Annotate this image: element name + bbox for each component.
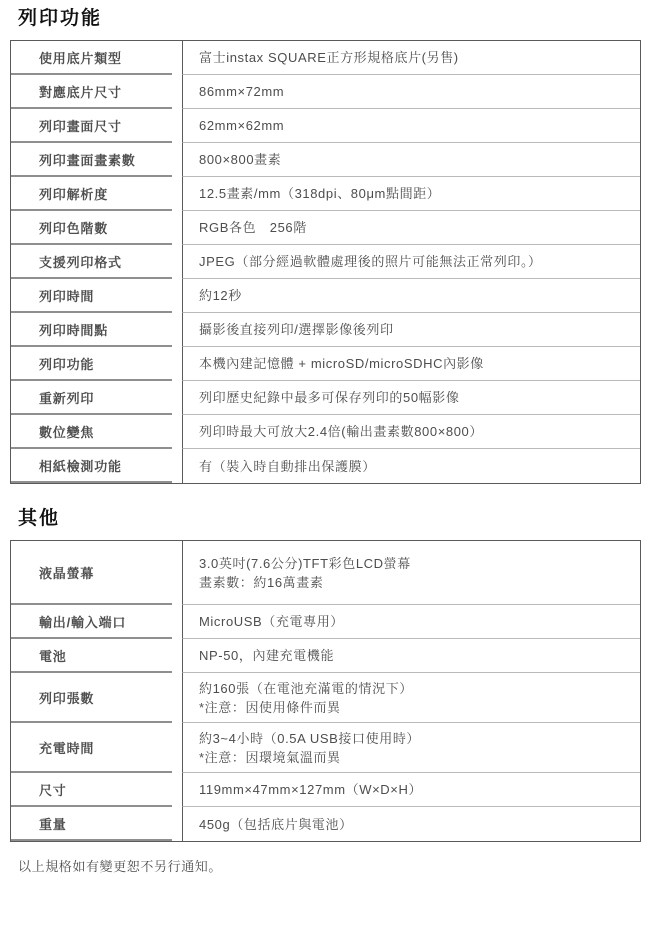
- spec-value: 119mm×47mm×127mm（W×D×H）: [182, 773, 640, 807]
- label-border-gap: [172, 449, 182, 483]
- spec-value: 800×800畫素: [182, 143, 640, 177]
- spec-value: 有（裝入時自動排出保護膜）: [182, 449, 640, 483]
- label-border-gap: [172, 279, 182, 313]
- table-row: 列印畫面尺寸 62mm×62mm: [11, 109, 640, 143]
- spec-label: 液晶螢幕: [11, 541, 172, 605]
- label-border-gap: [172, 773, 182, 807]
- spec-label: 列印解析度: [11, 177, 172, 211]
- spec-value: 62mm×62mm: [182, 109, 640, 143]
- table-row: 列印解析度 12.5畫素/mm（318dpi、80μm點間距）: [11, 177, 640, 211]
- table-row: 重量 450g（包括底片與電池）: [11, 807, 640, 841]
- label-border-gap: [172, 673, 182, 723]
- spec-value: 約160張（在電池充滿電的情況下） *注意：因使用條件而異: [182, 673, 640, 723]
- label-border-gap: [172, 211, 182, 245]
- label-border-gap: [172, 541, 182, 605]
- table-row: 列印時間點 攝影後直接列印/選擇影像後列印: [11, 313, 640, 347]
- spec-value: JPEG（部分經過軟體處理後的照片可能無法正常列印。）: [182, 245, 640, 279]
- table-row: 液晶螢幕 3.0英吋(7.6公分)TFT彩色LCD螢幕 畫素數：約16萬畫素: [11, 541, 640, 605]
- spec-value: 450g（包括底片與電池）: [182, 807, 640, 841]
- table-row: 列印畫面畫素數 800×800畫素: [11, 143, 640, 177]
- label-border-gap: [172, 381, 182, 415]
- spec-label: 列印時間點: [11, 313, 172, 347]
- table-row: 列印色階數 RGB各色 256階: [11, 211, 640, 245]
- label-border-gap: [172, 415, 182, 449]
- spec-label: 重新列印: [11, 381, 172, 415]
- spec-value: 12.5畫素/mm（318dpi、80μm點間距）: [182, 177, 640, 211]
- spec-value: MicroUSB（充電專用）: [182, 605, 640, 639]
- label-border-gap: [172, 313, 182, 347]
- table-row: 輸出/輸入端口 MicroUSB（充電專用）: [11, 605, 640, 639]
- print-functions-table: 使用底片類型 富士instax SQUARE正方形規格底片(另售) 對應底片尺寸…: [10, 40, 641, 484]
- spec-label: 列印時間: [11, 279, 172, 313]
- table-row: 充電時間 約3~4小時（0.5A USB接口使用時） *注意：因環境氣溫而異: [11, 723, 640, 773]
- spec-label: 輸出/輸入端口: [11, 605, 172, 639]
- spec-value: NP-50，內建充電機能: [182, 639, 640, 673]
- others-table: 液晶螢幕 3.0英吋(7.6公分)TFT彩色LCD螢幕 畫素數：約16萬畫素 輸…: [10, 540, 641, 842]
- table-row: 相紙檢測功能 有（裝入時自動排出保護膜）: [11, 449, 640, 483]
- table-row: 列印功能 本機內建記憶體 + microSD/microSDHC內影像: [11, 347, 640, 381]
- footer-disclaimer: 以上規格如有變更恕不另行通知。: [18, 856, 641, 875]
- spec-value: 約3~4小時（0.5A USB接口使用時） *注意：因環境氣溫而異: [182, 723, 640, 773]
- spec-page: 列印功能 使用底片類型 富士instax SQUARE正方形規格底片(另售) 對…: [0, 0, 650, 875]
- spec-value: 3.0英吋(7.6公分)TFT彩色LCD螢幕 畫素數：約16萬畫素: [182, 541, 640, 605]
- spec-value: 攝影後直接列印/選擇影像後列印: [182, 313, 640, 347]
- table-row: 支援列印格式 JPEG（部分經過軟體處理後的照片可能無法正常列印。）: [11, 245, 640, 279]
- label-border-gap: [172, 109, 182, 143]
- section-title-others: 其他: [18, 508, 641, 530]
- spec-label: 支援列印格式: [11, 245, 172, 279]
- spec-value: 列印時最大可放大2.4倍(輸出畫素數800×800）: [182, 415, 640, 449]
- table-row: 電池 NP-50，內建充電機能: [11, 639, 640, 673]
- section-title-print-functions: 列印功能: [18, 8, 641, 30]
- label-border-gap: [172, 807, 182, 841]
- table-row: 使用底片類型 富士instax SQUARE正方形規格底片(另售): [11, 41, 640, 75]
- spec-value: 富士instax SQUARE正方形規格底片(另售): [182, 41, 640, 75]
- label-border-gap: [172, 605, 182, 639]
- spec-label: 列印色階數: [11, 211, 172, 245]
- spec-label: 使用底片類型: [11, 41, 172, 75]
- table-row: 數位變焦 列印時最大可放大2.4倍(輸出畫素數800×800）: [11, 415, 640, 449]
- spec-label: 對應底片尺寸: [11, 75, 172, 109]
- table-row: 尺寸 119mm×47mm×127mm（W×D×H）: [11, 773, 640, 807]
- label-border-gap: [172, 75, 182, 109]
- spec-label: 列印張數: [11, 673, 172, 723]
- table-row: 對應底片尺寸 86mm×72mm: [11, 75, 640, 109]
- table-row: 列印張數 約160張（在電池充滿電的情況下） *注意：因使用條件而異: [11, 673, 640, 723]
- spec-label: 相紙檢測功能: [11, 449, 172, 483]
- spec-value: RGB各色 256階: [182, 211, 640, 245]
- spec-label: 列印畫面畫素數: [11, 143, 172, 177]
- spec-label: 尺寸: [11, 773, 172, 807]
- spec-label: 列印畫面尺寸: [11, 109, 172, 143]
- spec-value: 86mm×72mm: [182, 75, 640, 109]
- spec-value: 列印歷史紀錄中最多可保存列印的50幅影像: [182, 381, 640, 415]
- label-border-gap: [172, 41, 182, 75]
- label-border-gap: [172, 723, 182, 773]
- label-border-gap: [172, 177, 182, 211]
- table-row: 重新列印 列印歷史紀錄中最多可保存列印的50幅影像: [11, 381, 640, 415]
- label-border-gap: [172, 245, 182, 279]
- label-border-gap: [172, 143, 182, 177]
- spec-label: 重量: [11, 807, 172, 841]
- spec-label: 充電時間: [11, 723, 172, 773]
- label-border-gap: [172, 639, 182, 673]
- label-border-gap: [172, 347, 182, 381]
- spec-label: 電池: [11, 639, 172, 673]
- table-row: 列印時間 約12秒: [11, 279, 640, 313]
- spec-value: 本機內建記憶體 + microSD/microSDHC內影像: [182, 347, 640, 381]
- spec-label: 列印功能: [11, 347, 172, 381]
- spec-label: 數位變焦: [11, 415, 172, 449]
- spec-value: 約12秒: [182, 279, 640, 313]
